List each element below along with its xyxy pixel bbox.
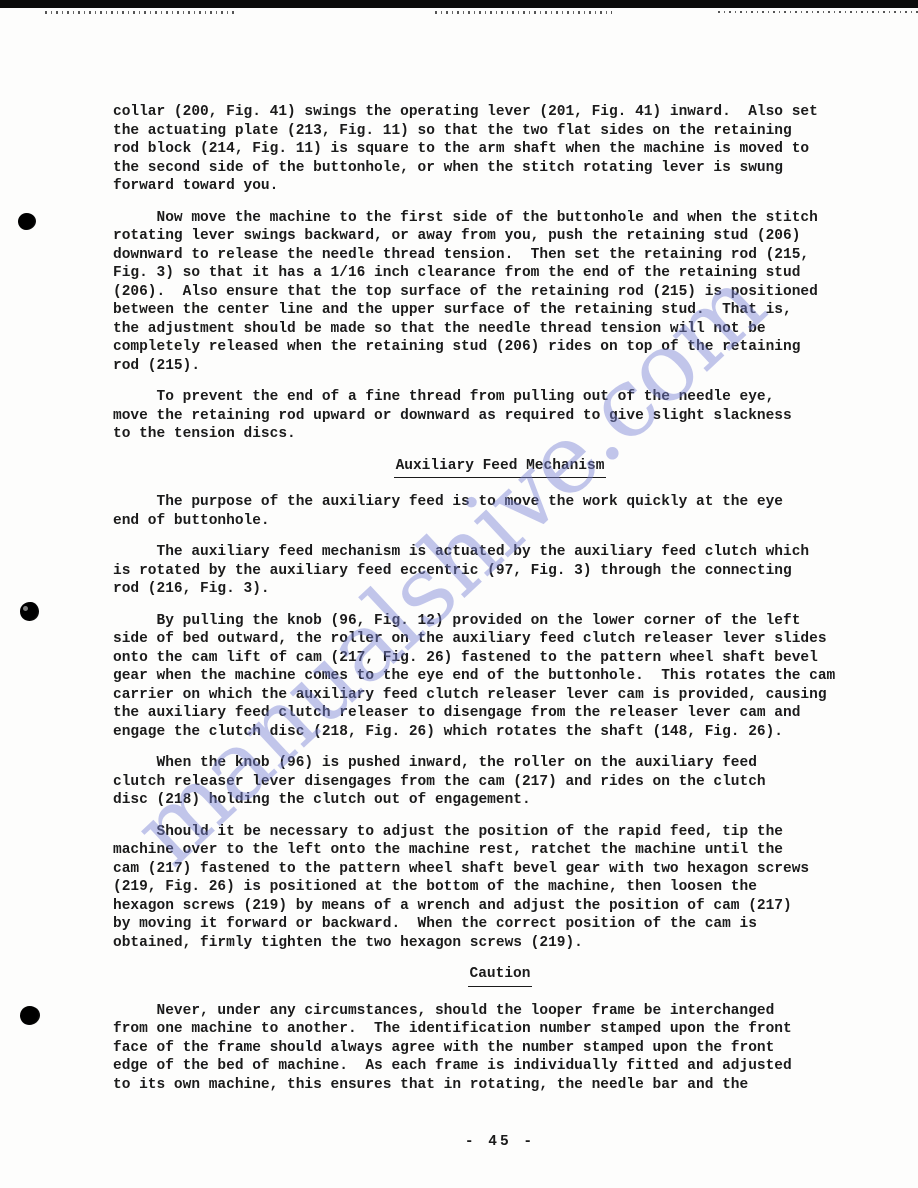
body-paragraph: The auxiliary feed mechanism is actuated… xyxy=(113,543,887,599)
binding-hole-dot xyxy=(20,602,39,621)
binding-hole-dot xyxy=(18,213,36,230)
body-paragraph: Never, under any circumstances, should t… xyxy=(113,1002,887,1095)
body-paragraph: Now move the machine to the first side o… xyxy=(113,209,887,376)
scan-noise-line xyxy=(718,11,918,13)
scan-noise-line xyxy=(435,11,612,14)
section-heading: Caution xyxy=(113,965,887,987)
body-paragraph: collar (200, Fig. 41) swings the operati… xyxy=(113,103,887,196)
body-paragraph: When the knob (96) is pushed inward, the… xyxy=(113,754,887,810)
body-paragraph: The purpose of the auxiliary feed is to … xyxy=(113,493,887,530)
binding-hole-dot xyxy=(20,1006,40,1025)
scan-noise-line xyxy=(45,11,235,14)
scanned-manual-page: { "watermark": { "text": "manualshive.co… xyxy=(0,0,918,1188)
scan-edge-bar xyxy=(0,0,918,8)
section-heading: Auxiliary Feed Mechanism xyxy=(113,457,887,479)
page-number: - 45 - xyxy=(113,1134,887,1150)
document-text-block: collar (200, Fig. 41) swings the operati… xyxy=(113,103,887,1107)
section-heading-text: Caution xyxy=(468,965,533,987)
body-paragraph: To prevent the end of a fine thread from… xyxy=(113,388,887,444)
body-paragraph: By pulling the knob (96, Fig. 12) provid… xyxy=(113,612,887,742)
body-paragraph: Should it be necessary to adjust the pos… xyxy=(113,823,887,953)
section-heading-text: Auxiliary Feed Mechanism xyxy=(394,457,607,479)
